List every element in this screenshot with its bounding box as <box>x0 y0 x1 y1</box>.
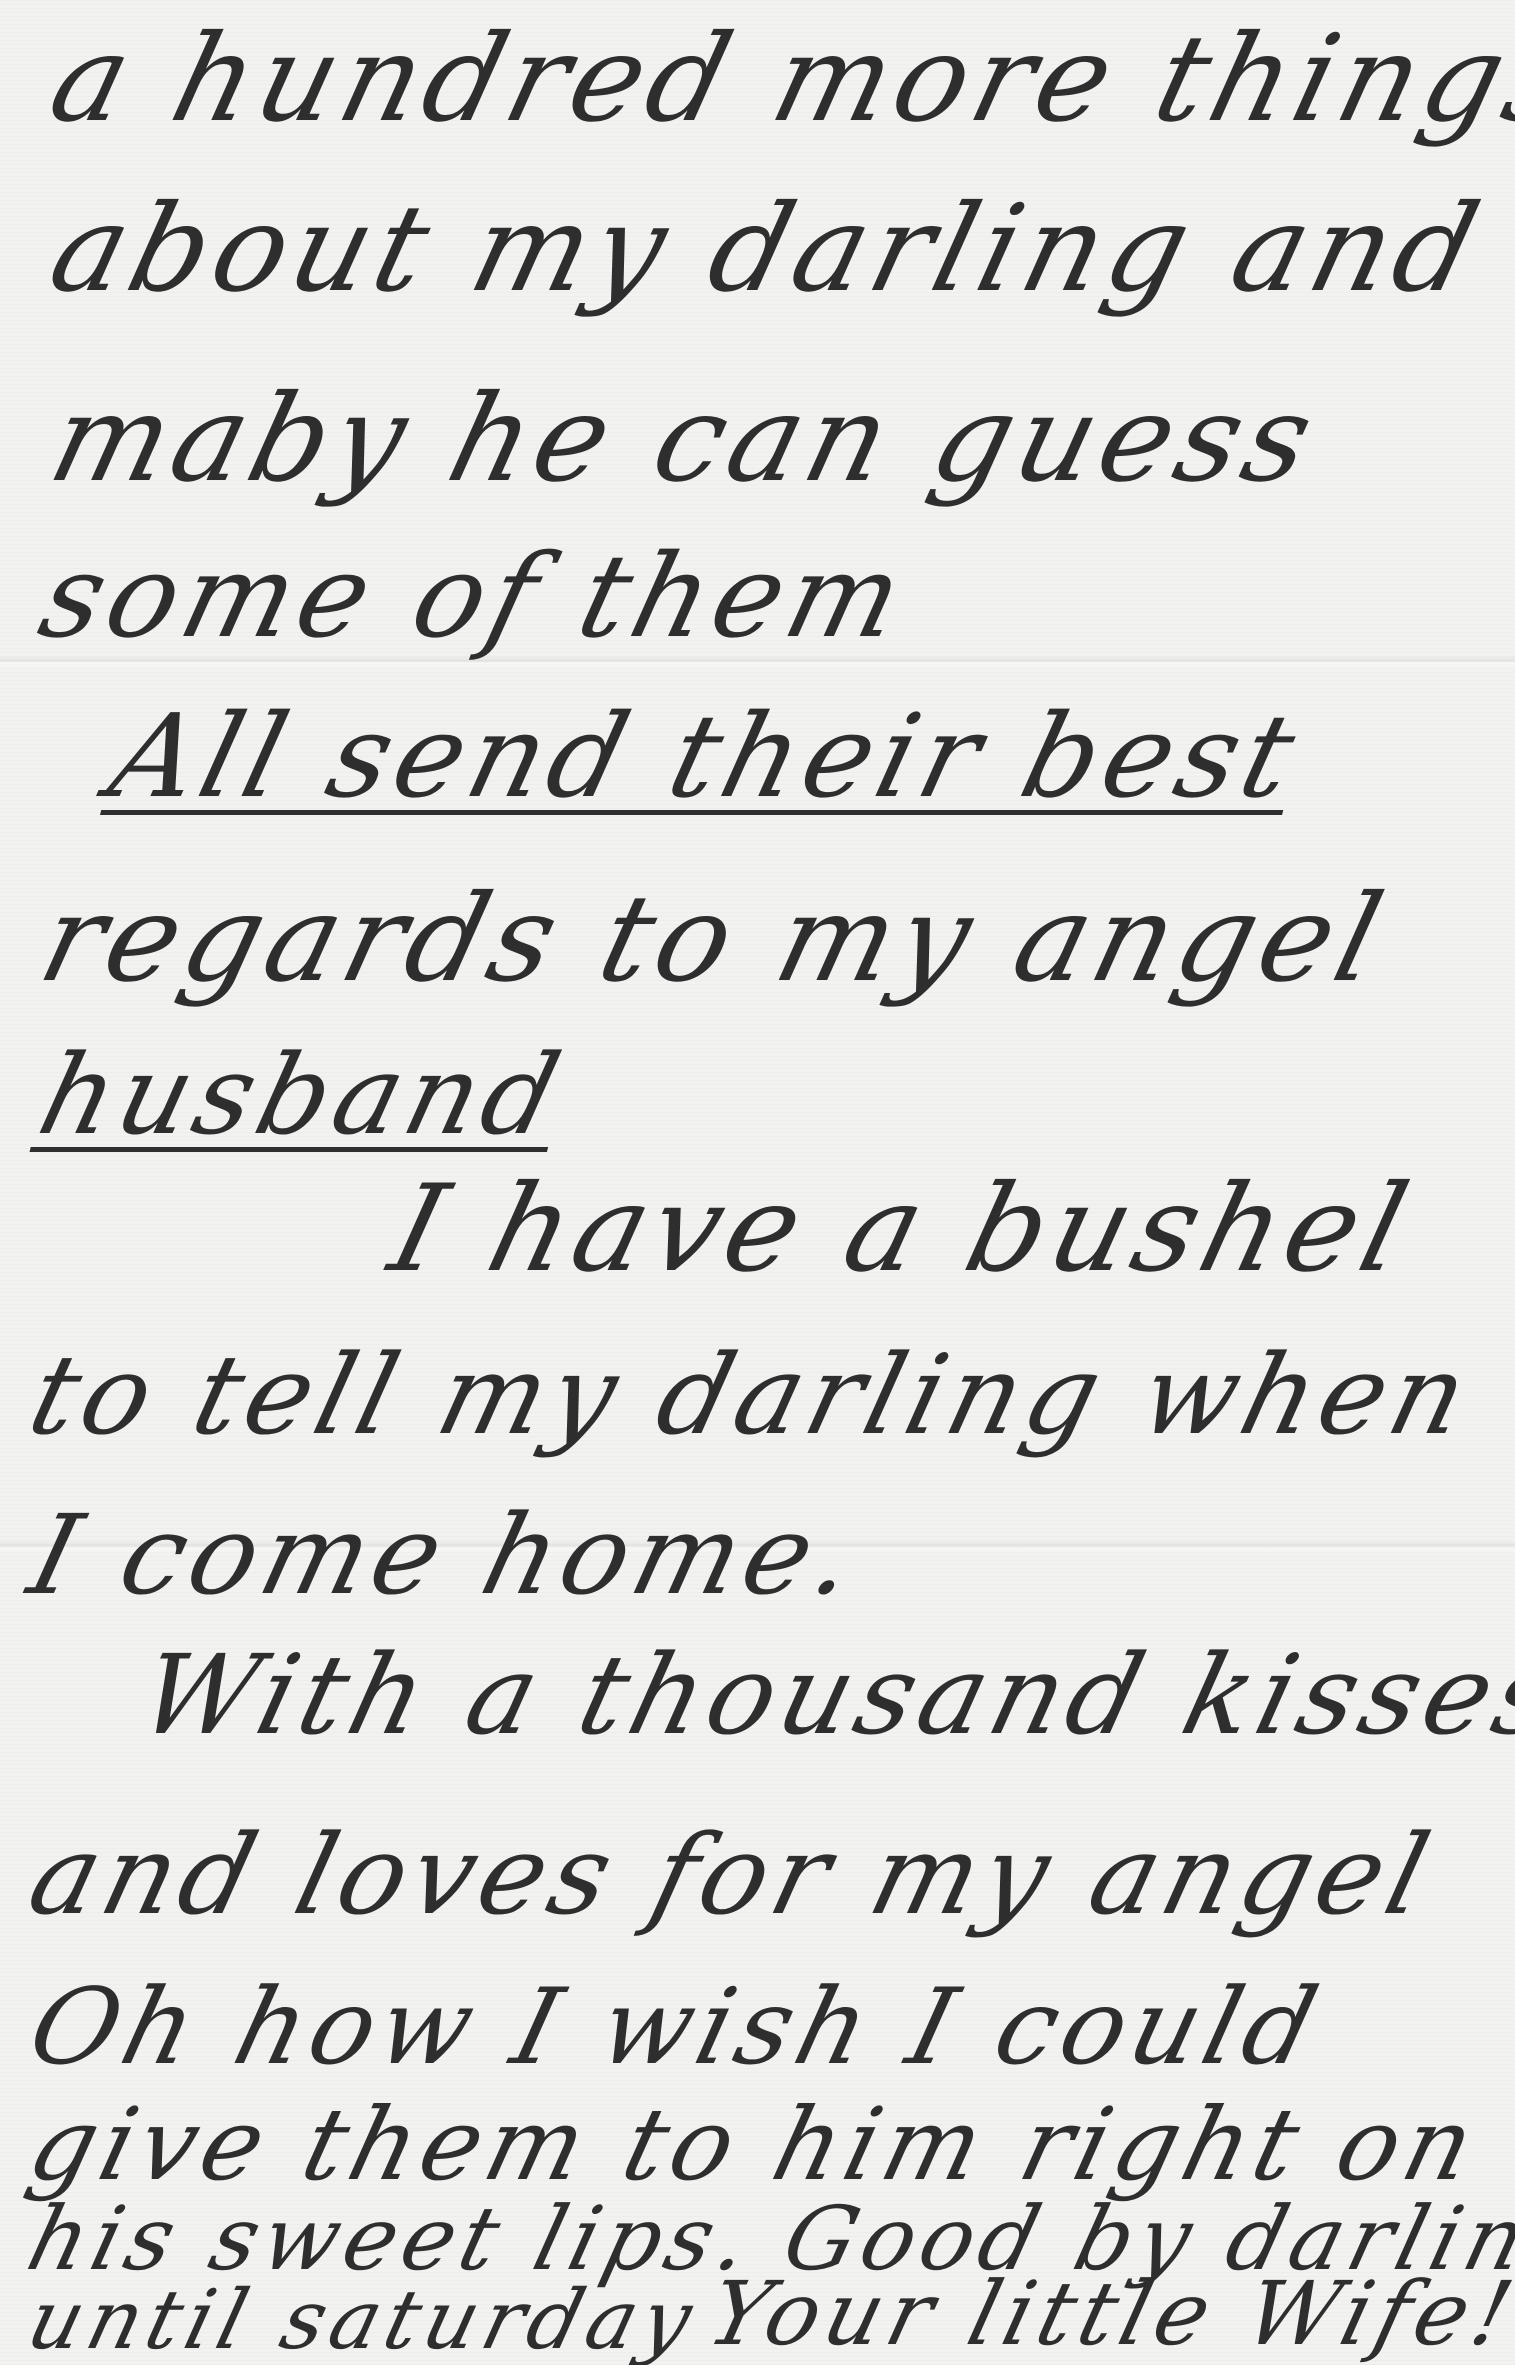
letter-line: give them to him right on <box>20 2095 1489 2195</box>
letter-line: husband <box>30 1040 575 1150</box>
letter-page: a hundred more things about my darling a… <box>0 0 1515 2365</box>
letter-line: All send their best <box>100 700 1311 815</box>
letter-signature: Your little Wife! <box>700 2270 1515 2358</box>
letter-line: With a thousand kisses <box>130 1640 1515 1750</box>
letter-line: I have a bushel <box>380 1170 1423 1290</box>
letter-line: to tell my darling when <box>20 1340 1483 1450</box>
letter-line: maby he can guess <box>40 380 1329 500</box>
letter-line: I come home. <box>20 1500 871 1610</box>
letter-line: and loves for my angel <box>20 1820 1444 1930</box>
letter-line: about my darling and <box>40 190 1494 310</box>
letter-line: Oh how I wish I could <box>20 1975 1332 2080</box>
letter-line: regards to my angel <box>30 880 1398 1000</box>
letter-line: some of them <box>30 540 918 655</box>
letter-line: until saturday <box>20 2280 705 2362</box>
letter-line: a hundred more things <box>40 20 1515 140</box>
